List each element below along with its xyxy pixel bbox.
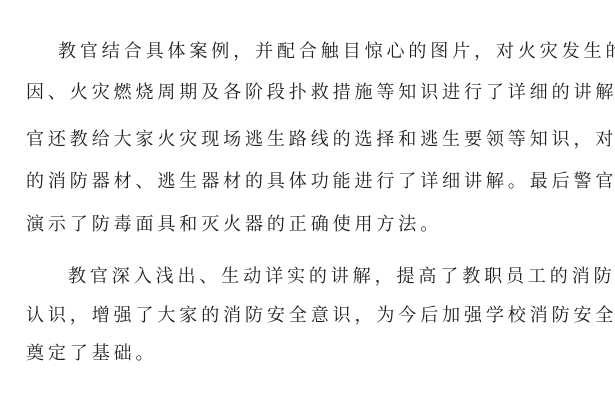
text-line: 教官深入浅出、生动详实的讲解，提高了教职员工的消防安全	[68, 267, 615, 287]
text-line: 因、火灾燃烧周期及各阶段扑救措施等知识进行了详细的讲解。教	[26, 83, 615, 103]
text-line: 官还教给大家火灾现场逃生路线的选择和逃生要领等知识，对常用	[26, 130, 615, 150]
text-line: 演示了防毒面具和灭火器的正确使用方法。	[26, 215, 442, 235]
text-line: 奠定了基础。	[26, 344, 157, 364]
text-line: 的消防器材、逃生器材的具体功能进行了详细讲解。最后警官现场	[26, 172, 615, 192]
text-line: 教官结合具体案例，并配合触目惊心的图片，对火灾发生的原	[58, 42, 615, 62]
text-line: 认识，增强了大家的消防安全意识，为今后加强学校消防安全工作	[26, 306, 615, 326]
document-page: 教官结合具体案例，并配合触目惊心的图片，对火灾发生的原 因、火灾燃烧周期及各阶段…	[0, 0, 615, 415]
